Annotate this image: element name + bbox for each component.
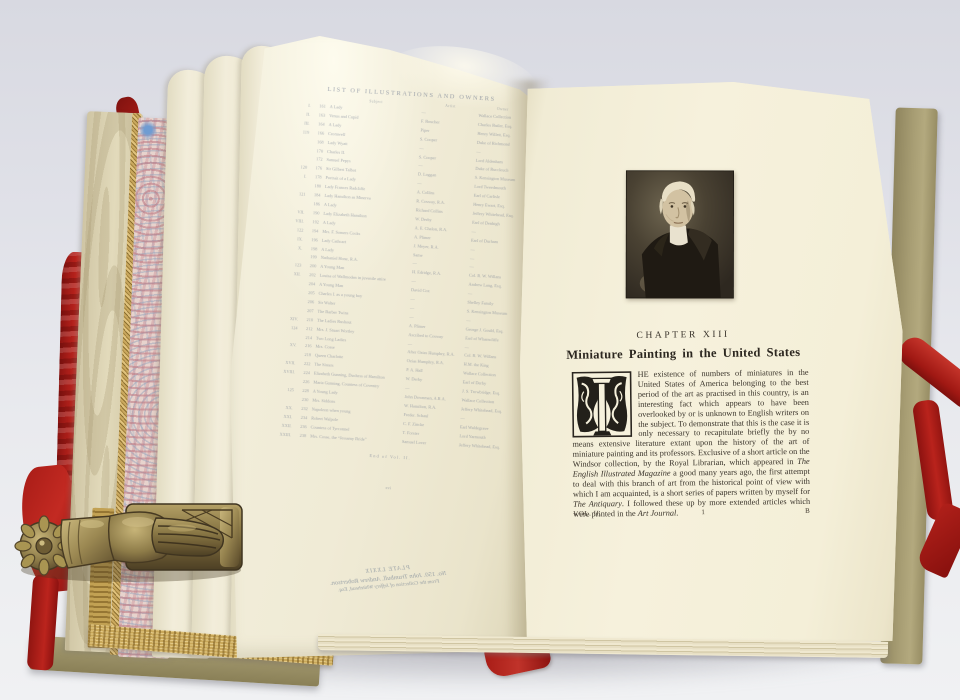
portrait-of-john-trumbull [626, 170, 734, 298]
portrait-engraving [626, 170, 734, 298]
book-photograph: LIST OF ILLUSTRATIONS AND OWNERS Subject… [0, 0, 960, 700]
brass-hand-clip [6, 494, 248, 590]
chapter-title: Miniature Painting in the United States [523, 344, 843, 363]
page-number: 1 [701, 508, 705, 516]
left-page-number: xvi [272, 479, 504, 498]
right-page-content: CHAPTER XIII Miniature Painting in the U… [520, 80, 915, 653]
ornamental-initial-T [572, 371, 633, 438]
signature-mark: B [805, 507, 810, 515]
chapter-heading: CHAPTER XIII [523, 328, 843, 342]
volume-label: VOL. II. [573, 509, 601, 517]
illustration-list: I.161A Lady—Wallace CollectionII.163Venu… [275, 101, 527, 453]
brass-hand-clip-graphic [6, 494, 248, 590]
left-page-content: LIST OF ILLUSTRATIONS AND OWNERS Subject… [270, 84, 527, 527]
chapter-body-text: HE existence of numbers of miniatures in… [572, 368, 811, 519]
end-of-volume-note: End of Vol. II. [274, 448, 506, 467]
marbled-paper-blue-spot [140, 120, 156, 140]
